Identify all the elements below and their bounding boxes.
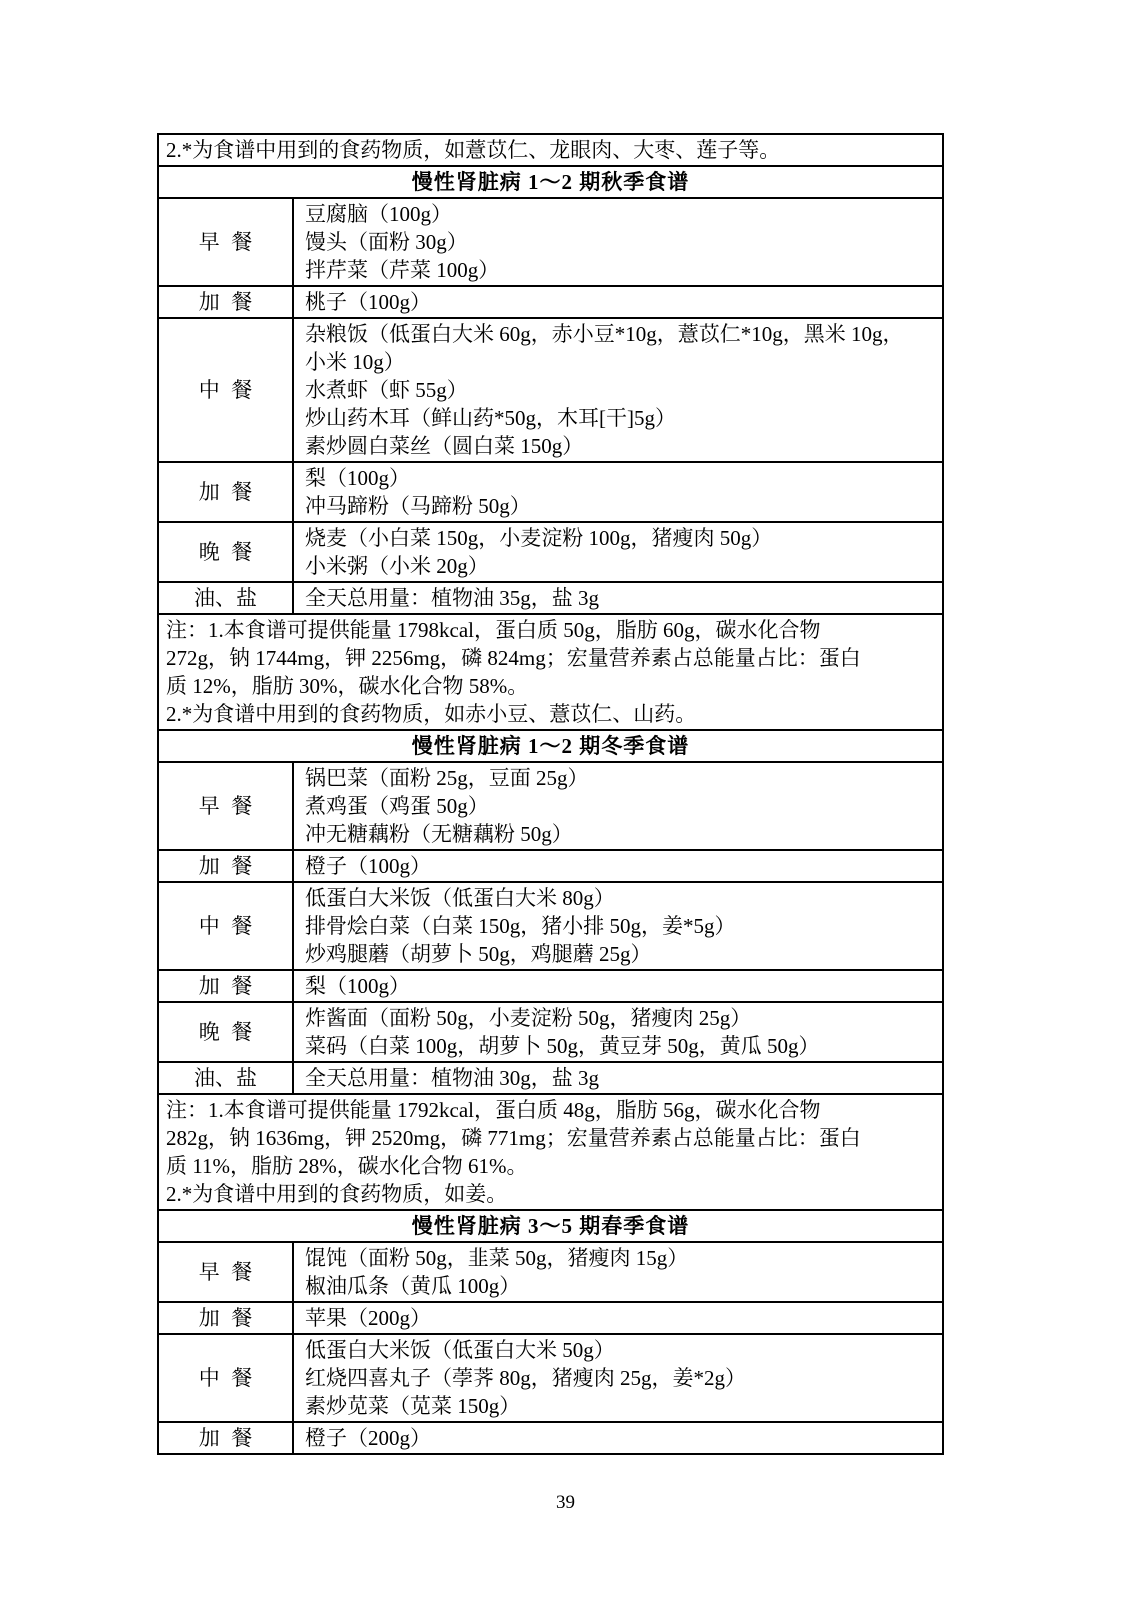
- dish-cell: 炸酱面（面粉 50g，小麦淀粉 50g，猪瘦肉 25g）菜码（白菜 100g，胡…: [294, 1003, 942, 1061]
- dish-cell: 桃子（100g）: [294, 287, 942, 317]
- meal-label-cell: 加餐: [159, 1303, 294, 1333]
- dish-line: 炒山药木耳（鲜山药*50g，木耳[干]5g）: [305, 404, 936, 432]
- continuation-note-row: 2.*为食谱中用到的食药物质，如薏苡仁、龙眼肉、大枣、莲子等。: [159, 135, 942, 165]
- dish-cell: 豆腐脑（100g）馒头（面粉 30g）拌芹菜（芹菜 100g）: [294, 199, 942, 285]
- dish-line: 烧麦（小白菜 150g，小麦淀粉 100g，猪瘦肉 50g）: [305, 524, 936, 552]
- dish-line: 低蛋白大米饭（低蛋白大米 80g）: [305, 884, 936, 912]
- meal-label: 加餐: [199, 852, 264, 880]
- meal-label: 加餐: [199, 288, 264, 316]
- table-note-text: 2.*为食谱中用到的食药物质，如赤小豆、薏苡仁、山药。: [166, 700, 935, 728]
- dish-line: 冲马蹄粉（马蹄粉 50g）: [305, 492, 936, 520]
- table-note-text: 注：1.本食谱可提供能量 1792kcal，蛋白质 48g，脂肪 56g，碳水化…: [166, 1096, 935, 1180]
- dish-cell: 苹果（200g）: [294, 1303, 942, 1333]
- table-notes-row: 注：1.本食谱可提供能量 1792kcal，蛋白质 48g，脂肪 56g，碳水化…: [159, 1093, 942, 1209]
- dish-line: 苹果（200g）: [305, 1304, 936, 1332]
- meal-label: 中餐: [199, 912, 264, 940]
- dish-line: 煮鸡蛋（鸡蛋 50g）: [305, 792, 936, 820]
- meal-row: 油、盐全天总用量：植物油 30g，盐 3g: [159, 1061, 942, 1093]
- meal-label-cell: 加餐: [159, 971, 294, 1001]
- meal-row: 油、盐全天总用量：植物油 35g，盐 3g: [159, 581, 942, 613]
- table-note-text: 2.*为食谱中用到的食药物质，如姜。: [166, 1180, 935, 1208]
- meal-label-cell: 油、盐: [159, 1063, 294, 1093]
- meal-row: 加餐橙子（200g）: [159, 1421, 942, 1453]
- meal-label-cell: 加餐: [159, 1423, 294, 1453]
- continuation-note-text: 2.*为食谱中用到的食药物质，如薏苡仁、龙眼肉、大枣、莲子等。: [166, 136, 935, 164]
- dish-line: 梨（100g）: [305, 464, 936, 492]
- dish-line: 锅巴菜（面粉 25g，豆面 25g）: [305, 764, 936, 792]
- dish-line: 小米粥（小米 20g）: [305, 552, 936, 580]
- meal-row: 加餐苹果（200g）: [159, 1301, 942, 1333]
- document-page: 2.*为食谱中用到的食药物质，如薏苡仁、龙眼肉、大枣、莲子等。慢性肾脏病 1～2…: [0, 0, 1131, 1600]
- dish-line: 梨（100g）: [305, 972, 936, 1000]
- dish-cell: 锅巴菜（面粉 25g，豆面 25g）煮鸡蛋（鸡蛋 50g）冲无糖藕粉（无糖藕粉 …: [294, 763, 942, 849]
- meal-label-cell: 中餐: [159, 1335, 294, 1421]
- dish-line: 红烧四喜丸子（荸荠 80g，猪瘦肉 25g，姜*2g）: [305, 1364, 936, 1392]
- meal-label-cell: 早餐: [159, 763, 294, 849]
- dish-line: 水煮虾（虾 55g）: [305, 376, 936, 404]
- dish-cell: 馄饨（面粉 50g，韭菜 50g，猪瘦肉 15g）椒油瓜条（黄瓜 100g）: [294, 1243, 942, 1301]
- dish-line: 菜码（白菜 100g，胡萝卜 50g，黄豆芽 50g，黄瓜 50g）: [305, 1032, 936, 1060]
- meal-label: 油、盐: [194, 1064, 257, 1092]
- meal-label: 加餐: [199, 1304, 264, 1332]
- meal-label: 晚餐: [199, 538, 264, 566]
- meal-label: 早餐: [199, 792, 264, 820]
- meal-label: 早餐: [199, 1258, 264, 1286]
- dish-cell: 低蛋白大米饭（低蛋白大米 80g）排骨烩白菜（白菜 150g，猪小排 50g，姜…: [294, 883, 942, 969]
- meal-row: 加餐桃子（100g）: [159, 285, 942, 317]
- table-notes-row: 注：1.本食谱可提供能量 1798kcal，蛋白质 50g，脂肪 60g，碳水化…: [159, 613, 942, 729]
- meal-label-cell: 早餐: [159, 1243, 294, 1301]
- meal-label: 油、盐: [194, 584, 257, 612]
- meal-label: 中餐: [199, 1364, 264, 1392]
- dish-line: 低蛋白大米饭（低蛋白大米 50g）: [305, 1336, 936, 1364]
- page-number: 39: [0, 1492, 1131, 1514]
- meal-row: 加餐梨（100g）冲马蹄粉（马蹄粉 50g）: [159, 461, 942, 521]
- dish-line: 炸酱面（面粉 50g，小麦淀粉 50g，猪瘦肉 25g）: [305, 1004, 936, 1032]
- dish-cell: 全天总用量：植物油 30g，盐 3g: [294, 1063, 942, 1093]
- meal-row: 中餐杂粮饭（低蛋白大米 60g，赤小豆*10g，薏苡仁*10g，黑米 10g， …: [159, 317, 942, 461]
- dish-line: 排骨烩白菜（白菜 150g，猪小排 50g，姜*5g）: [305, 912, 936, 940]
- dish-line: 橙子（200g）: [305, 1424, 936, 1452]
- meal-row: 中餐低蛋白大米饭（低蛋白大米 50g）红烧四喜丸子（荸荠 80g，猪瘦肉 25g…: [159, 1333, 942, 1421]
- meal-label-cell: 晚餐: [159, 1003, 294, 1061]
- dish-line: 全天总用量：植物油 30g，盐 3g: [305, 1064, 936, 1092]
- table-note-text: 注：1.本食谱可提供能量 1798kcal，蛋白质 50g，脂肪 60g，碳水化…: [166, 616, 935, 700]
- dish-line: 橙子（100g）: [305, 852, 936, 880]
- meal-row: 晚餐烧麦（小白菜 150g，小麦淀粉 100g，猪瘦肉 50g）小米粥（小米 2…: [159, 521, 942, 581]
- table-title: 慢性肾脏病 1～2 期秋季食谱: [159, 165, 942, 197]
- meal-label-cell: 中餐: [159, 319, 294, 461]
- dish-line: 馄饨（面粉 50g，韭菜 50g，猪瘦肉 15g）: [305, 1244, 936, 1272]
- meal-row: 加餐梨（100g）: [159, 969, 942, 1001]
- meal-label: 中餐: [199, 376, 264, 404]
- dish-line: 豆腐脑（100g）: [305, 200, 936, 228]
- dish-cell: 橙子（200g）: [294, 1423, 942, 1453]
- dish-line: 炒鸡腿蘑（胡萝卜 50g，鸡腿蘑 25g）: [305, 940, 936, 968]
- dish-cell: 梨（100g）: [294, 971, 942, 1001]
- dish-cell: 梨（100g）冲马蹄粉（马蹄粉 50g）: [294, 463, 942, 521]
- dish-line: 素炒苋菜（苋菜 150g）: [305, 1392, 936, 1420]
- meal-label-cell: 中餐: [159, 883, 294, 969]
- meal-row: 早餐馄饨（面粉 50g，韭菜 50g，猪瘦肉 15g）椒油瓜条（黄瓜 100g）: [159, 1241, 942, 1301]
- meal-label-cell: 晚餐: [159, 523, 294, 581]
- meal-label-cell: 加餐: [159, 851, 294, 881]
- dish-line: 杂粮饭（低蛋白大米 60g，赤小豆*10g，薏苡仁*10g，黑米 10g， 小米…: [305, 320, 936, 376]
- dish-line: 全天总用量：植物油 35g，盐 3g: [305, 584, 936, 612]
- table-title: 慢性肾脏病 1～2 期冬季食谱: [159, 729, 942, 761]
- table-title: 慢性肾脏病 3～5 期春季食谱: [159, 1209, 942, 1241]
- meal-label-cell: 油、盐: [159, 583, 294, 613]
- dish-line: 冲无糖藕粉（无糖藕粉 50g）: [305, 820, 936, 848]
- dish-line: 素炒圆白菜丝（圆白菜 150g）: [305, 432, 936, 460]
- meal-label: 加餐: [199, 478, 264, 506]
- meal-row: 早餐锅巴菜（面粉 25g，豆面 25g）煮鸡蛋（鸡蛋 50g）冲无糖藕粉（无糖藕…: [159, 761, 942, 849]
- meal-row: 加餐橙子（100g）: [159, 849, 942, 881]
- meal-label: 加餐: [199, 1424, 264, 1452]
- meal-label-cell: 加餐: [159, 463, 294, 521]
- dish-line: 椒油瓜条（黄瓜 100g）: [305, 1272, 936, 1300]
- dish-cell: 全天总用量：植物油 35g，盐 3g: [294, 583, 942, 613]
- meal-row: 中餐低蛋白大米饭（低蛋白大米 80g）排骨烩白菜（白菜 150g，猪小排 50g…: [159, 881, 942, 969]
- recipe-table: 2.*为食谱中用到的食药物质，如薏苡仁、龙眼肉、大枣、莲子等。慢性肾脏病 1～2…: [157, 133, 944, 1455]
- meal-label-cell: 加餐: [159, 287, 294, 317]
- dish-line: 拌芹菜（芹菜 100g）: [305, 256, 936, 284]
- meal-label: 晚餐: [199, 1018, 264, 1046]
- dish-line: 馒头（面粉 30g）: [305, 228, 936, 256]
- dish-cell: 低蛋白大米饭（低蛋白大米 50g）红烧四喜丸子（荸荠 80g，猪瘦肉 25g，姜…: [294, 1335, 942, 1421]
- meal-label: 早餐: [199, 228, 264, 256]
- dish-cell: 烧麦（小白菜 150g，小麦淀粉 100g，猪瘦肉 50g）小米粥（小米 20g…: [294, 523, 942, 581]
- meal-row: 早餐豆腐脑（100g）馒头（面粉 30g）拌芹菜（芹菜 100g）: [159, 197, 942, 285]
- dish-line: 桃子（100g）: [305, 288, 936, 316]
- dish-cell: 橙子（100g）: [294, 851, 942, 881]
- dish-cell: 杂粮饭（低蛋白大米 60g，赤小豆*10g，薏苡仁*10g，黑米 10g， 小米…: [294, 319, 942, 461]
- meal-row: 晚餐炸酱面（面粉 50g，小麦淀粉 50g，猪瘦肉 25g）菜码（白菜 100g…: [159, 1001, 942, 1061]
- meal-label: 加餐: [199, 972, 264, 1000]
- meal-label-cell: 早餐: [159, 199, 294, 285]
